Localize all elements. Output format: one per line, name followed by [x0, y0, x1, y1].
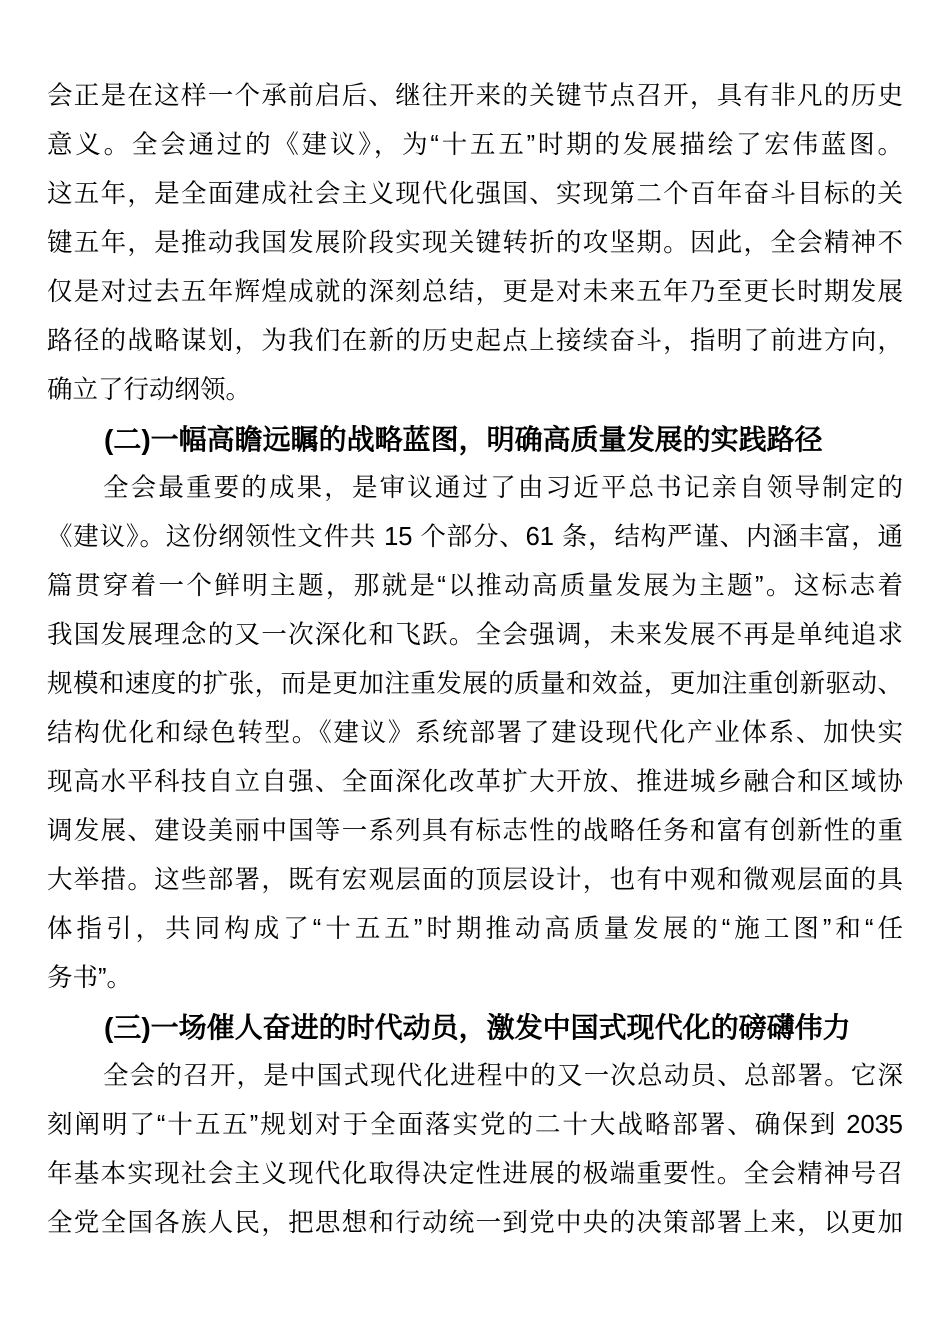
heading-text-line: (三)一场催人奋进的时代动员，激发中国式现代化的磅礴伟力 — [47, 1003, 903, 1052]
text-line: 意义。全会通过的《建议》，为“十五五”时期的发展描绘了宏伟蓝图。 — [47, 121, 903, 170]
text-line: 《建议》。这份纲领性文件共 15 个部分、61 条，结构严谨、内涵丰富，通 — [47, 513, 903, 562]
text-line: 这五年，是全面建成社会主义现代化强国、实现第二个百年奋斗目标的关 — [47, 170, 903, 219]
text-line: 体指引，共同构成了“十五五”时期推动高质量发展的“施工图”和“任 — [47, 905, 903, 954]
text-line: 全会最重要的成果，是审议通过了由习近平总书记亲自领导制定的 — [47, 464, 903, 513]
section-heading: (二)一幅高瞻远瞩的战略蓝图，明确高质量发展的实践路径 — [47, 415, 903, 464]
text-line: 调发展、建设美丽中国等一系列具有标志性的战略任务和富有创新性的重 — [47, 807, 903, 856]
text-line: 大举措。这些部署，既有宏观层面的顶层设计，也有中观和微观层面的具 — [47, 856, 903, 905]
paragraph: 会正是在这样一个承前启后、继往开来的关键节点召开，具有非凡的历史意义。全会通过的… — [47, 72, 903, 415]
text-line: 全党全国各族人民，把思想和行动统一到党中央的决策部署上来，以更加 — [47, 1199, 903, 1248]
text-line: 全会的召开，是中国式现代化进程中的又一次总动员、总部署。它深 — [47, 1052, 903, 1101]
text-line: 年基本实现社会主义现代化取得决定性进展的极端重要性。全会精神号召 — [47, 1150, 903, 1199]
paragraph: 全会最重要的成果，是审议通过了由习近平总书记亲自领导制定的《建议》。这份纲领性文… — [47, 464, 903, 1003]
document-page: 会正是在这样一个承前启后、继往开来的关键节点召开，具有非凡的历史意义。全会通过的… — [0, 0, 950, 1344]
text-line: 键五年，是推动我国发展阶段实现关键转折的攻坚期。因此，全会精神不 — [47, 219, 903, 268]
text-line: 仅是对过去五年辉煌成就的深刻总结，更是对未来五年乃至更长时期发展 — [47, 268, 903, 317]
text-line: 现高水平科技自立自强、全面深化改革扩大开放、推进城乡融合和区域协 — [47, 758, 903, 807]
section-heading: (三)一场催人奋进的时代动员，激发中国式现代化的磅礴伟力 — [47, 1003, 903, 1052]
paragraph: 全会的召开，是中国式现代化进程中的又一次总动员、总部署。它深刻阐明了“十五五”规… — [47, 1052, 903, 1248]
text-line: 我国发展理念的又一次深化和飞跃。全会强调，未来发展不再是单纯追求 — [47, 611, 903, 660]
text-line: 路径的战略谋划，为我们在新的历史起点上接续奋斗，指明了前进方向， — [47, 317, 903, 366]
text-line: 刻阐明了“十五五”规划对于全面落实党的二十大战略部署、确保到 2035 — [47, 1101, 903, 1150]
text-line: 规模和速度的扩张，而是更加注重发展的质量和效益，更加注重创新驱动、 — [47, 660, 903, 709]
text-line: 结构优化和绿色转型。《建议》系统部署了建设现代化产业体系、加快实 — [47, 709, 903, 758]
text-line: 务书”。 — [47, 954, 903, 1003]
text-line: 会正是在这样一个承前启后、继往开来的关键节点召开，具有非凡的历史 — [47, 72, 903, 121]
text-line: 篇贯穿着一个鲜明主题，那就是“以推动高质量发展为主题”。这标志着 — [47, 562, 903, 611]
text-line: 确立了行动纲领。 — [47, 366, 903, 415]
heading-text-line: (二)一幅高瞻远瞩的战略蓝图，明确高质量发展的实践路径 — [47, 415, 903, 464]
